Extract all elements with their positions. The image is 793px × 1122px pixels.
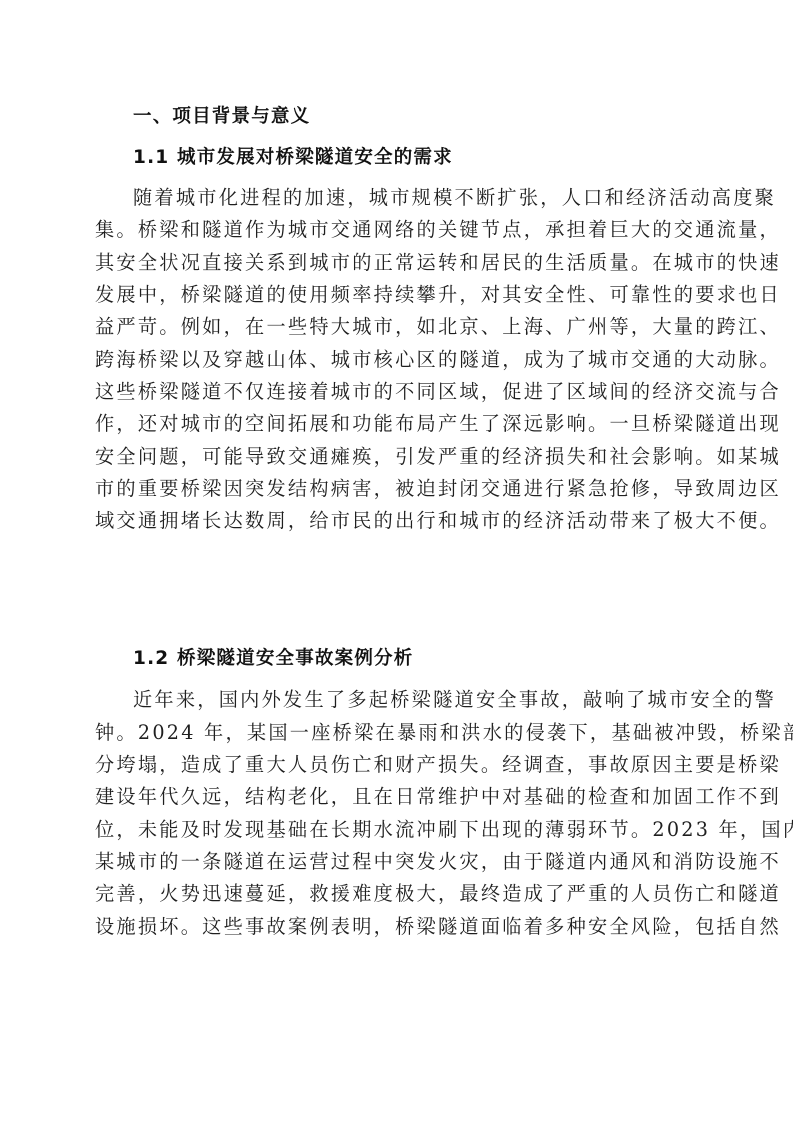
paragraph-line: 设施损坏。这些事故案例表明，桥梁隧道面临着多种安全风险，包括自然 (95, 915, 705, 939)
paragraph-line: 近年来，国内外发生了多起桥梁隧道安全事故，敲响了城市安全的警 (133, 688, 743, 712)
paragraph-line: 域交通拥堵长达数周，给市民的出行和城市的经济活动带来了极大不便。 (95, 509, 705, 533)
paragraph-line: 钟。2024 年，某国一座桥梁在暴雨和洪水的侵袭下，基础被冲毁，桥梁部 (95, 721, 705, 745)
paragraph-line: 市的重要桥梁因突发结构病害，被迫封闭交通进行紧急抢修，导致周边区 (95, 477, 705, 501)
paragraph-line: 集。桥梁和隧道作为城市交通网络的关键节点，承担着巨大的交通流量， (95, 218, 705, 242)
paragraph-line: 随着城市化进程的加速，城市规模不断扩张，人口和经济活动高度聚 (133, 186, 743, 210)
paragraph-line: 发展中，桥梁隧道的使用频率持续攀升，对其安全性、可靠性的要求也日 (95, 283, 705, 307)
paragraph-line: 这些桥梁隧道不仅连接着城市的不同区域，促进了区域间的经济交流与合 (95, 380, 705, 404)
paragraph-line: 分垮塌，造成了重大人员伤亡和财产损失。经调查，事故原因主要是桥梁 (95, 753, 705, 777)
document-page: 一、项目背景与意义 1.1 城市发展对桥梁隧道安全的需求 随着城市化进程的加速，… (0, 0, 793, 1122)
paragraph-line: 某城市的一条隧道在运营过程中突发火灾，由于隧道内通风和消防设施不 (95, 850, 705, 874)
paragraph-line: 位，未能及时发现基础在长期水流冲刷下出现的薄弱环节。2023 年，国内 (95, 818, 705, 842)
paragraph-line: 建设年代久远，结构老化，且在日常维护中对基础的检查和加固工作不到 (95, 785, 705, 809)
paragraph-line: 其安全状况直接关系到城市的正常运转和居民的生活质量。在城市的快速 (95, 251, 705, 275)
paragraph-line: 作，还对城市的空间拓展和功能布局产生了深远影响。一旦桥梁隧道出现 (95, 412, 705, 436)
paragraph-line: 安全问题，可能导致交通瘫痪，引发严重的经济损失和社会影响。如某城 (95, 445, 705, 469)
paragraph-line: 完善，火势迅速蔓延，救援难度极大，最终造成了严重的人员伤亡和隧道 (95, 882, 705, 906)
subsection-heading-1-1: 1.1 城市发展对桥梁隧道安全的需求 (133, 146, 453, 170)
section-heading: 一、项目背景与意义 (133, 105, 310, 129)
paragraph-line: 跨海桥梁以及穿越山体、城市核心区的隧道，成为了城市交通的大动脉。 (95, 348, 705, 372)
paragraph-line: 益严苛。例如，在一些特大城市，如北京、上海、广州等，大量的跨江、 (95, 315, 705, 339)
subsection-heading-1-2: 1.2 桥梁隧道安全事故案例分析 (133, 647, 413, 671)
